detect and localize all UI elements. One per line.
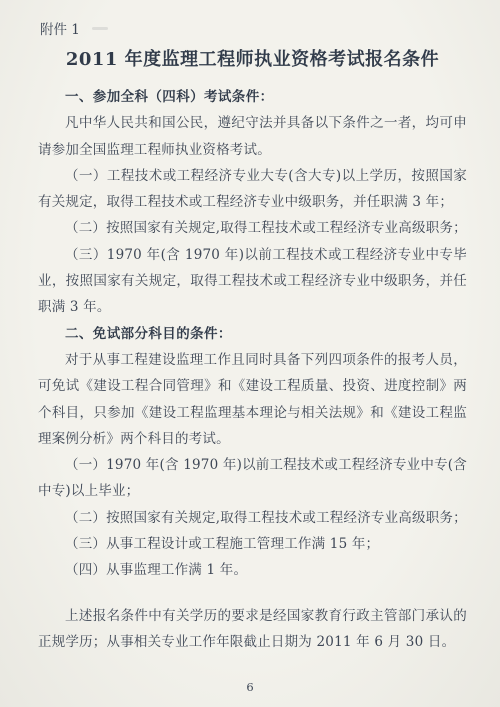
paragraph-exemption: 对于从事工程建设监理工作且同时具备下列四项条件的报考人员，可免试《建设工程合同管… — [38, 347, 467, 452]
clause-1-1: （一）工程技术或工程经济专业大专(含大专)以上学历，按照国家有关规定，取得工程技… — [38, 163, 467, 216]
document-page: 附件 1 2011 年度监理工程师执业资格考试报名条件 一、参加全科（四科）考试… — [0, 0, 500, 707]
paragraph-closing: 上述报名条件中有关学历的要求是经国家教育行政主管部门承认的正规学历；从事相关专业… — [38, 603, 467, 656]
section-heading-2: 二、免试部分科目的条件： — [38, 321, 467, 347]
paragraph-intro: 凡中华人民共和国公民，遵纪守法并具备以下条件之一者，均可申请参加全国监理工程师执… — [38, 110, 467, 163]
clause-1-3: （三）1970 年(含 1970 年)以前工程技术或工程经济专业中专毕业，按照国… — [38, 242, 467, 321]
clause-1-2: （二）按照国家有关规定,取得工程技术或工程经济专业高级职务； — [38, 215, 467, 241]
scan-artifact — [92, 27, 108, 30]
clause-2-2: （二）按照国家有关规定,取得工程技术或工程经济专业高级职务； — [38, 505, 467, 531]
clause-2-4: （四）从事监理工作满 1 年。 — [38, 557, 467, 583]
page-number: 6 — [0, 680, 500, 694]
section-heading-1: 一、参加全科（四科）考试条件： — [38, 84, 467, 110]
document-title: 2011 年度监理工程师执业资格考试报名条件 — [38, 48, 467, 72]
clause-2-1: （一）1970 年(含 1970 年)以前工程技术或工程经济专业中专(含中专)以… — [38, 452, 467, 505]
clause-2-3: （三）从事工程设计或工程施工管理工作满 15 年； — [38, 531, 467, 557]
attachment-label: 附件 1 — [40, 20, 467, 40]
